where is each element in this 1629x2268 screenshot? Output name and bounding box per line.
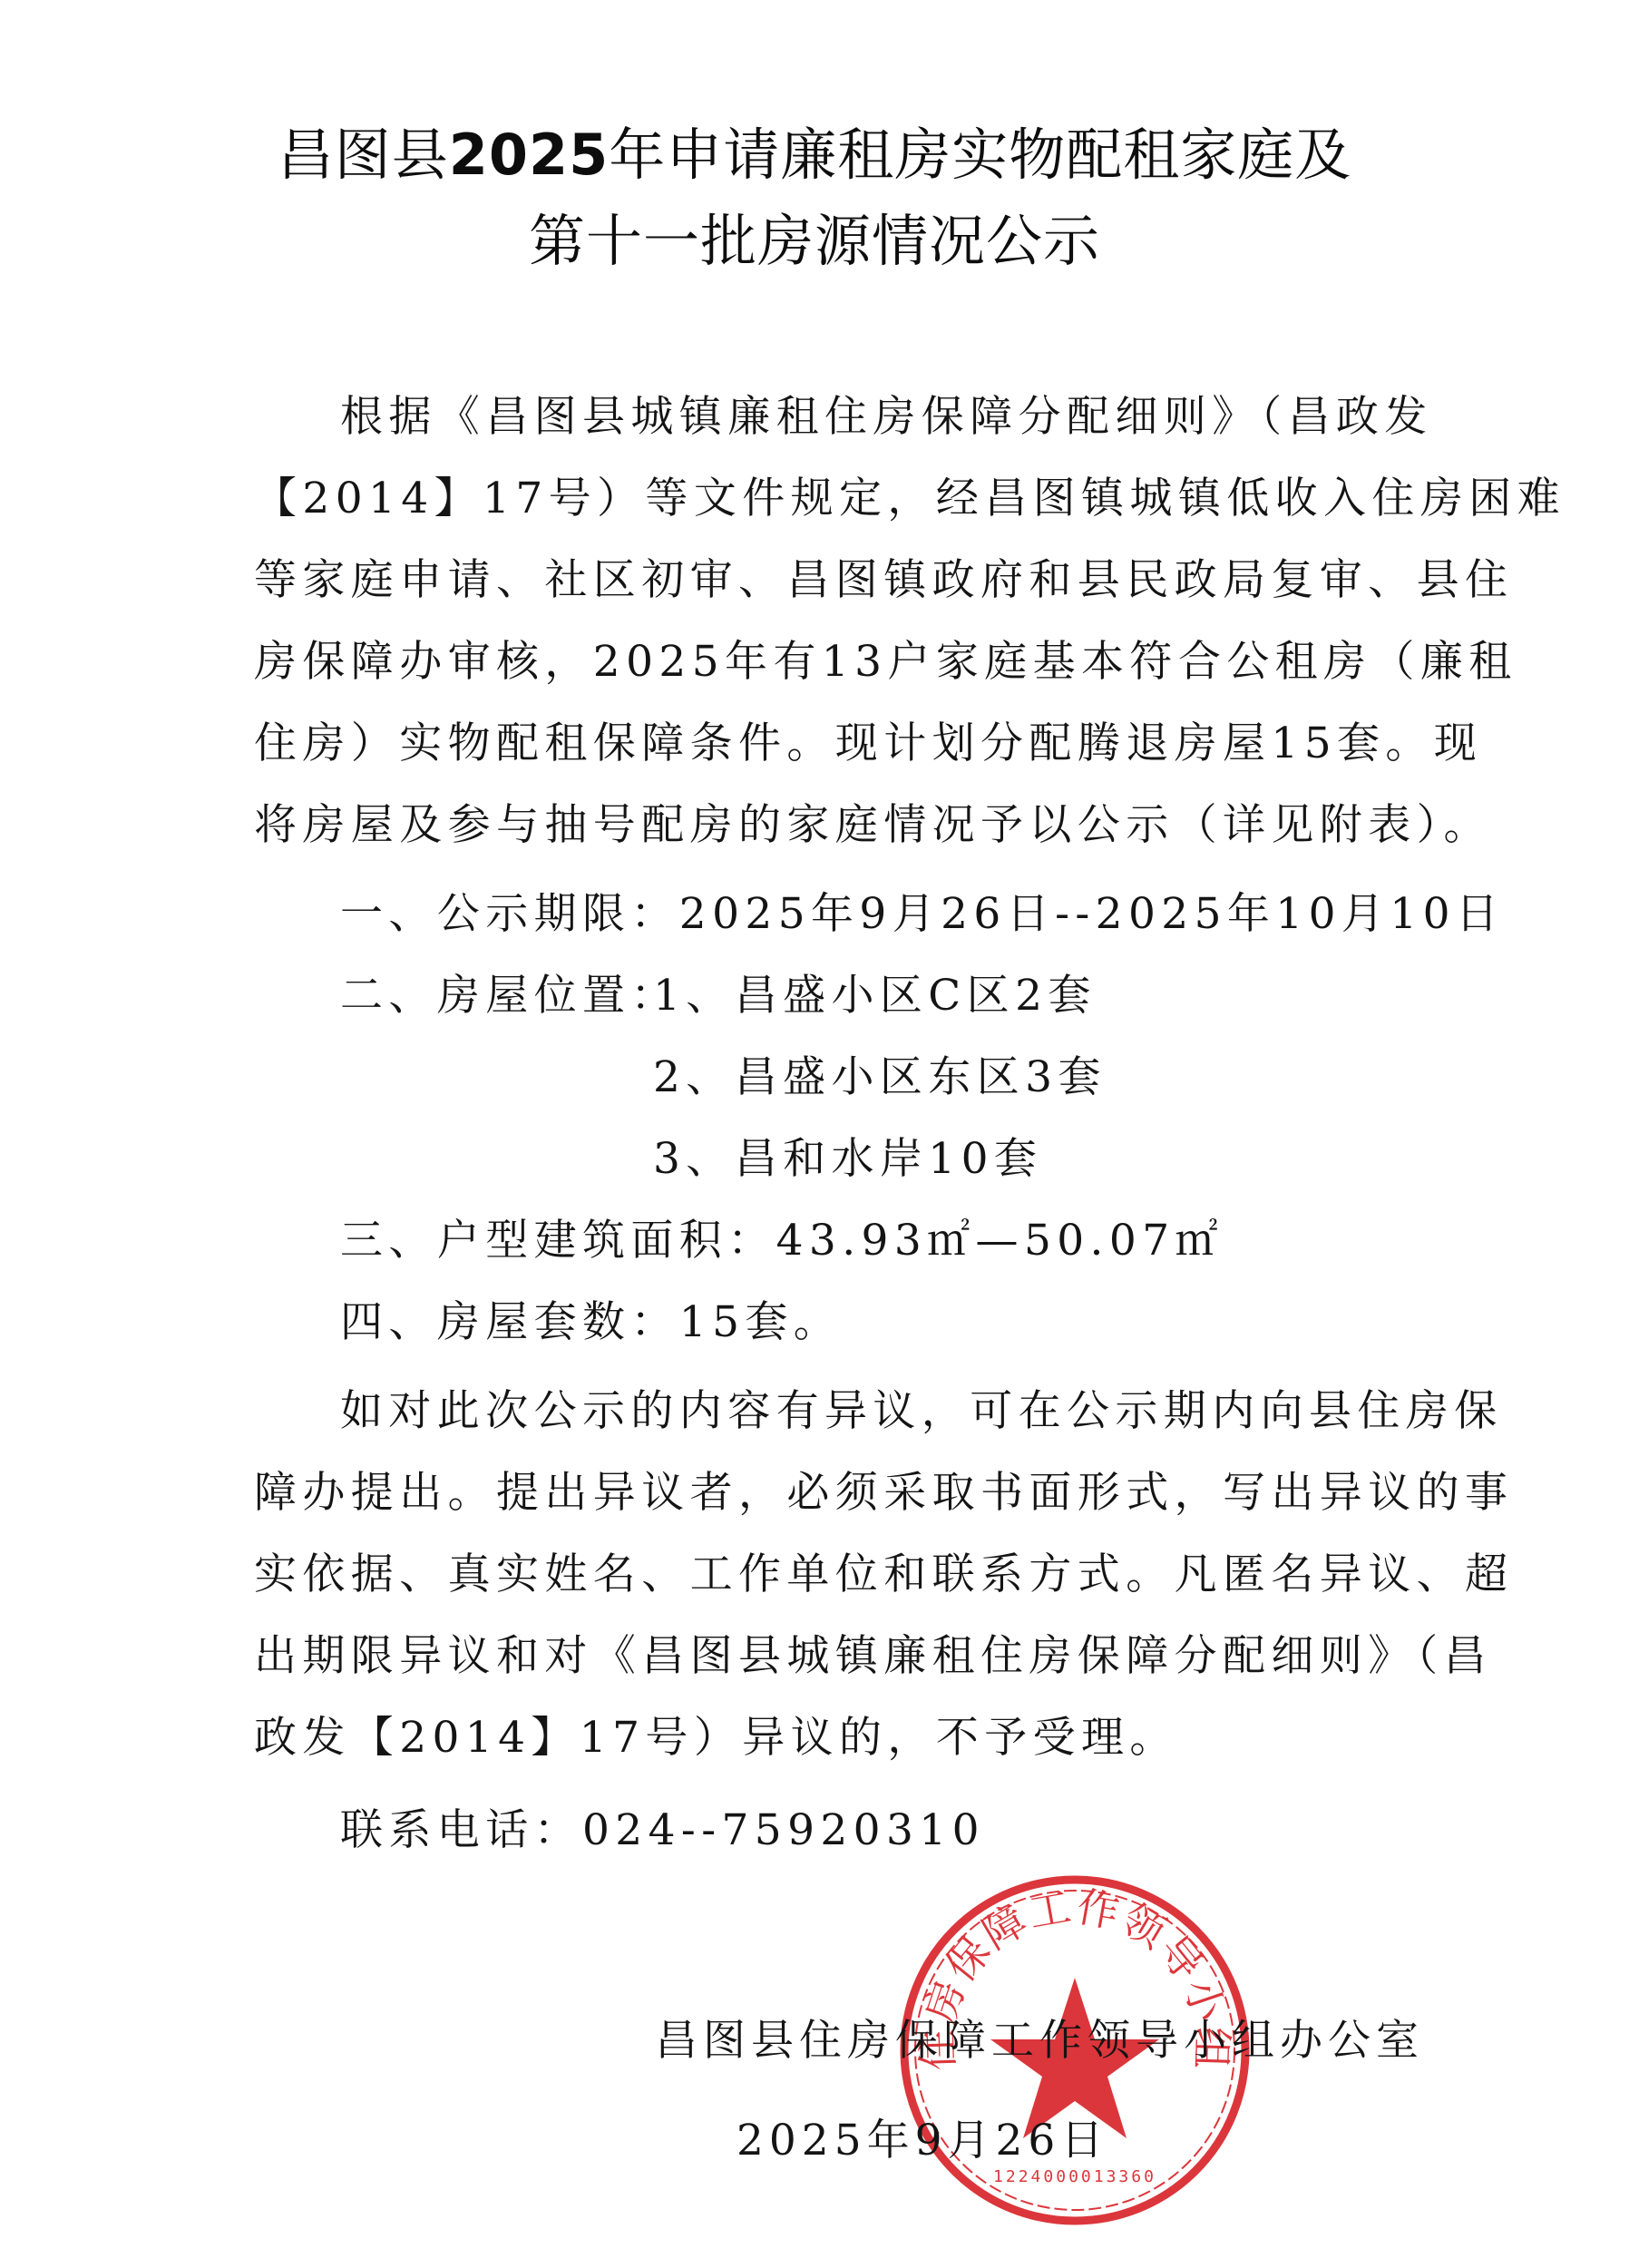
body-line: 根据《昌图县城镇廉租住房保障分配细则》（昌政发	[340, 392, 1483, 443]
location-item: 3、昌和水岸10套	[653, 1134, 1629, 1185]
objection-line: 出期限异议和对《昌图县城镇廉租住房保障分配细则》（昌	[254, 1631, 1397, 1682]
document-page: 昌图县2025年申请廉租房实物配租家庭及 第十一批房源情况公示 根据《昌图县城镇…	[0, 0, 1629, 2268]
location-item: 2、昌盛小区东区3套	[653, 1052, 1629, 1103]
title-suffix: 年申请廉租房实物配租家庭及	[609, 122, 1351, 188]
document-title-line-2: 第十一批房源情况公示	[218, 213, 1411, 269]
body-line: 将房屋及参与抽号配房的家庭情况予以公示（详见附表）。	[254, 800, 1397, 851]
signature-organization: 昌图县住房保障工作领导小组办公室	[655, 2016, 1424, 2067]
svg-text:1224000013360: 1224000013360	[993, 2167, 1156, 2186]
item-area: 三、户型建筑面积：43.93㎡—50.07㎡	[340, 1216, 1483, 1266]
body-line: 等家庭申请、社区初审、昌图镇政府和县民政局复审、县住	[254, 555, 1397, 606]
objection-line: 实依据、真实姓名、工作单位和联系方式。凡匿名异议、超	[254, 1549, 1397, 1600]
objection-line: 如对此次公示的内容有异议，可在公示期内向县住房保	[340, 1386, 1483, 1437]
objection-line: 政发【2014】17号）异议的，不予受理。	[254, 1713, 1397, 1764]
location-item: 1、昌盛小区C区2套	[653, 971, 1629, 1022]
item-period: 一、公示期限：2025年9月26日--2025年10月10日	[340, 889, 1483, 940]
title-year: 2025	[449, 122, 610, 188]
body-line: 【2014】17号）等文件规定，经昌图镇城镇低收入住房困难	[254, 474, 1397, 524]
contact-phone: 联系电话：024--75920310	[340, 1805, 1483, 1856]
title-prefix: 昌图县	[278, 122, 449, 188]
body-line: 房保障办审核，2025年有13户家庭基本符合公租房（廉租	[254, 637, 1397, 688]
signature-date: 2025年9月26日	[736, 2116, 1108, 2166]
document-title-line-1: 昌图县2025年申请廉租房实物配租家庭及	[218, 127, 1411, 183]
item-count: 四、房屋套数：15套。	[340, 1297, 1483, 1348]
objection-line: 障办提出。提出异议者，必须采取书面形式，写出异议的事	[254, 1468, 1397, 1519]
body-line: 住房）实物配租保障条件。现计划分配腾退房屋15套。现	[254, 719, 1397, 769]
